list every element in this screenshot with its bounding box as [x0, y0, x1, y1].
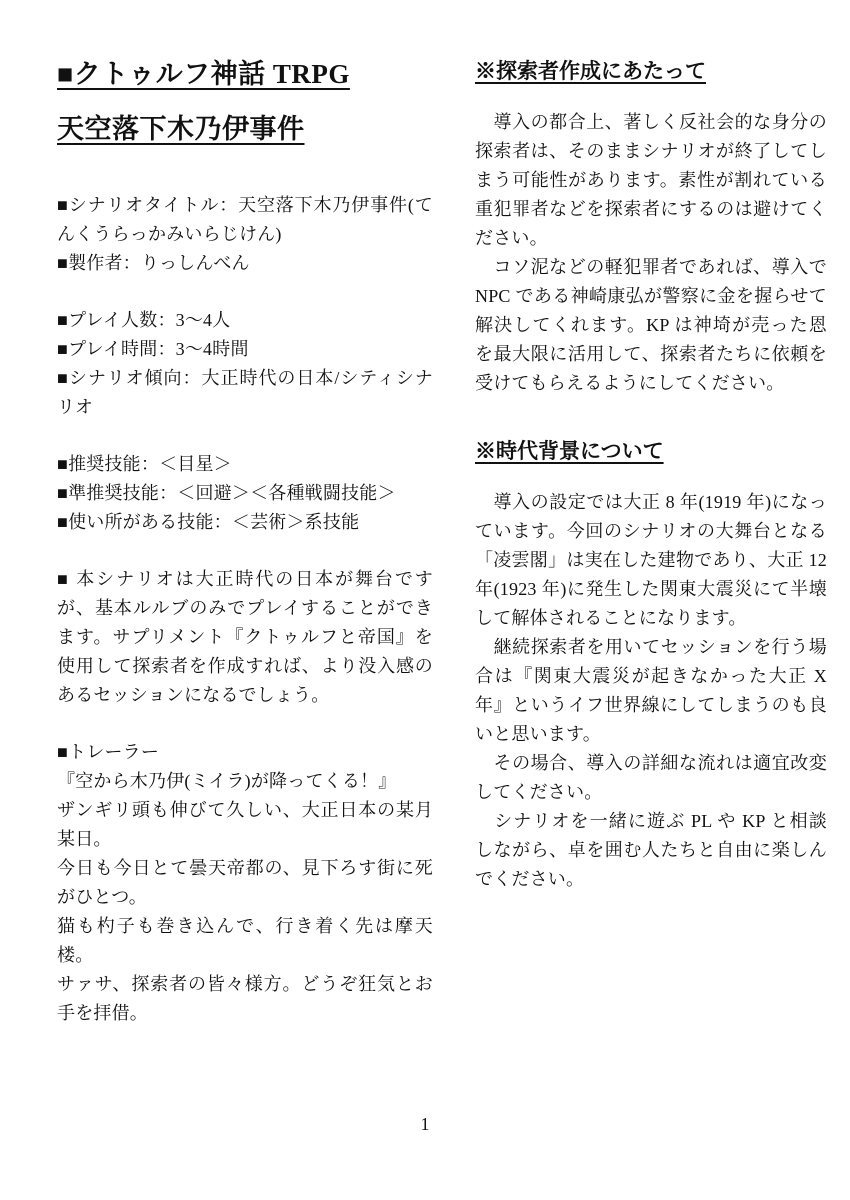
title-row-2: 天空落下木乃伊事件	[57, 102, 433, 157]
trailer-line-4: サァサ、探索者の皆々様方。どうぞ狂気とお手を拝借。	[57, 970, 433, 1028]
historical-background-paragraph-4: シナリオを一緒に遊ぶ PL や KP と相談しながら、卓を囲む人たちと自由に楽し…	[475, 807, 827, 894]
section-historical-background: ※時代背景について 導入の設定では大正 8 年(1919 年)になっています。今…	[475, 436, 827, 894]
scenario-meta-group: ■シナリオタイトル：天空落下木乃伊事件(てんくうらっかみいらじけん) ■製作者：…	[57, 191, 433, 278]
trailer-group: ■トレーラー 『空から木乃伊(ミイラ)が降ってくる！』 ザンギリ頭も伸びて久しい…	[57, 738, 433, 1028]
document-page: ■クトゥルフ神話 TRPG 天空落下木乃伊事件 ■シナリオタイトル：天空落下木乃…	[0, 0, 850, 1200]
historical-background-paragraph-3: その場合、導入の詳細な流れは適宜改変してください。	[475, 749, 827, 807]
trailer-line-1: ザンギリ頭も伸びて久しい、大正日本の某月某日。	[57, 796, 433, 854]
historical-background-heading: ※時代背景について	[475, 436, 827, 466]
author-line: ■製作者：りっしんべん	[57, 249, 433, 278]
play-info-group: ■プレイ人数：3～4人 ■プレイ時間：3～4時間 ■シナリオ傾向：大正時代の日本…	[57, 306, 433, 422]
player-count-line: ■プレイ人数：3～4人	[57, 306, 433, 335]
investigator-creation-paragraph-1: 導入の都合上、著しく反社会的な身分の探索者は、そのままシナリオが終了してしまう可…	[475, 108, 827, 253]
investigator-creation-paragraph-2: コソ泥などの軽犯罪者であれば、導入で NPC である神崎康弘が警察に金を握らせて…	[475, 253, 827, 398]
semi-recommended-skills-line: ■準推奨技能：＜回避＞＜各種戦闘技能＞	[57, 479, 433, 508]
trailer-quote: 『空から木乃伊(ミイラ)が降ってくる！』	[57, 767, 433, 796]
title-row-1: ■クトゥルフ神話 TRPG	[57, 47, 433, 102]
right-column: ※探索者作成にあたって 導入の都合上、著しく反社会的な身分の探索者は、そのままシ…	[475, 56, 827, 894]
title-line-2: 天空落下木乃伊事件	[57, 114, 305, 144]
trailer-line-2: 今日も今日とて曇天帝都の、見下ろす街に死がひとつ。	[57, 854, 433, 912]
left-column: ■クトゥルフ神話 TRPG 天空落下木乃伊事件 ■シナリオタイトル：天空落下木乃…	[57, 47, 433, 1028]
investigator-creation-heading: ※探索者作成にあたって	[475, 56, 827, 86]
trailer-label: ■トレーラー	[57, 738, 433, 767]
document-title: ■クトゥルフ神話 TRPG 天空落下木乃伊事件	[57, 47, 433, 157]
scenario-note-paragraph: ■ 本シナリオは大正時代の日本が舞台ですが、基本ルルブのみでプレイすることができ…	[57, 565, 433, 710]
recommended-skills-line: ■推奨技能：＜目星＞	[57, 450, 433, 479]
play-time-line: ■プレイ時間：3～4時間	[57, 335, 433, 364]
scenario-title-line: ■シナリオタイトル：天空落下木乃伊事件(てんくうらっかみいらじけん)	[57, 191, 433, 249]
useful-skills-line: ■使い所がある技能：＜芸術＞系技能	[57, 508, 433, 537]
scenario-note-group: ■ 本シナリオは大正時代の日本が舞台ですが、基本ルルブのみでプレイすることができ…	[57, 565, 433, 710]
historical-background-paragraph-1: 導入の設定では大正 8 年(1919 年)になっています。今回のシナリオの大舞台…	[475, 488, 827, 633]
skills-group: ■推奨技能：＜目星＞ ■準推奨技能：＜回避＞＜各種戦闘技能＞ ■使い所がある技能…	[57, 450, 433, 537]
section-investigator-creation: ※探索者作成にあたって 導入の都合上、著しく反社会的な身分の探索者は、そのままシ…	[475, 56, 827, 398]
scenario-type-line: ■シナリオ傾向：大正時代の日本/シティシナリオ	[57, 364, 433, 422]
trailer-line-3: 猫も杓子も巻き込んで、行き着く先は摩天楼。	[57, 912, 433, 970]
title-line-1: ■クトゥルフ神話 TRPG	[57, 59, 350, 89]
page-number: 1	[0, 1112, 850, 1136]
historical-background-paragraph-2: 継続探索者を用いてセッションを行う場合は『関東大震災が起きなかった大正 X 年』…	[475, 633, 827, 749]
